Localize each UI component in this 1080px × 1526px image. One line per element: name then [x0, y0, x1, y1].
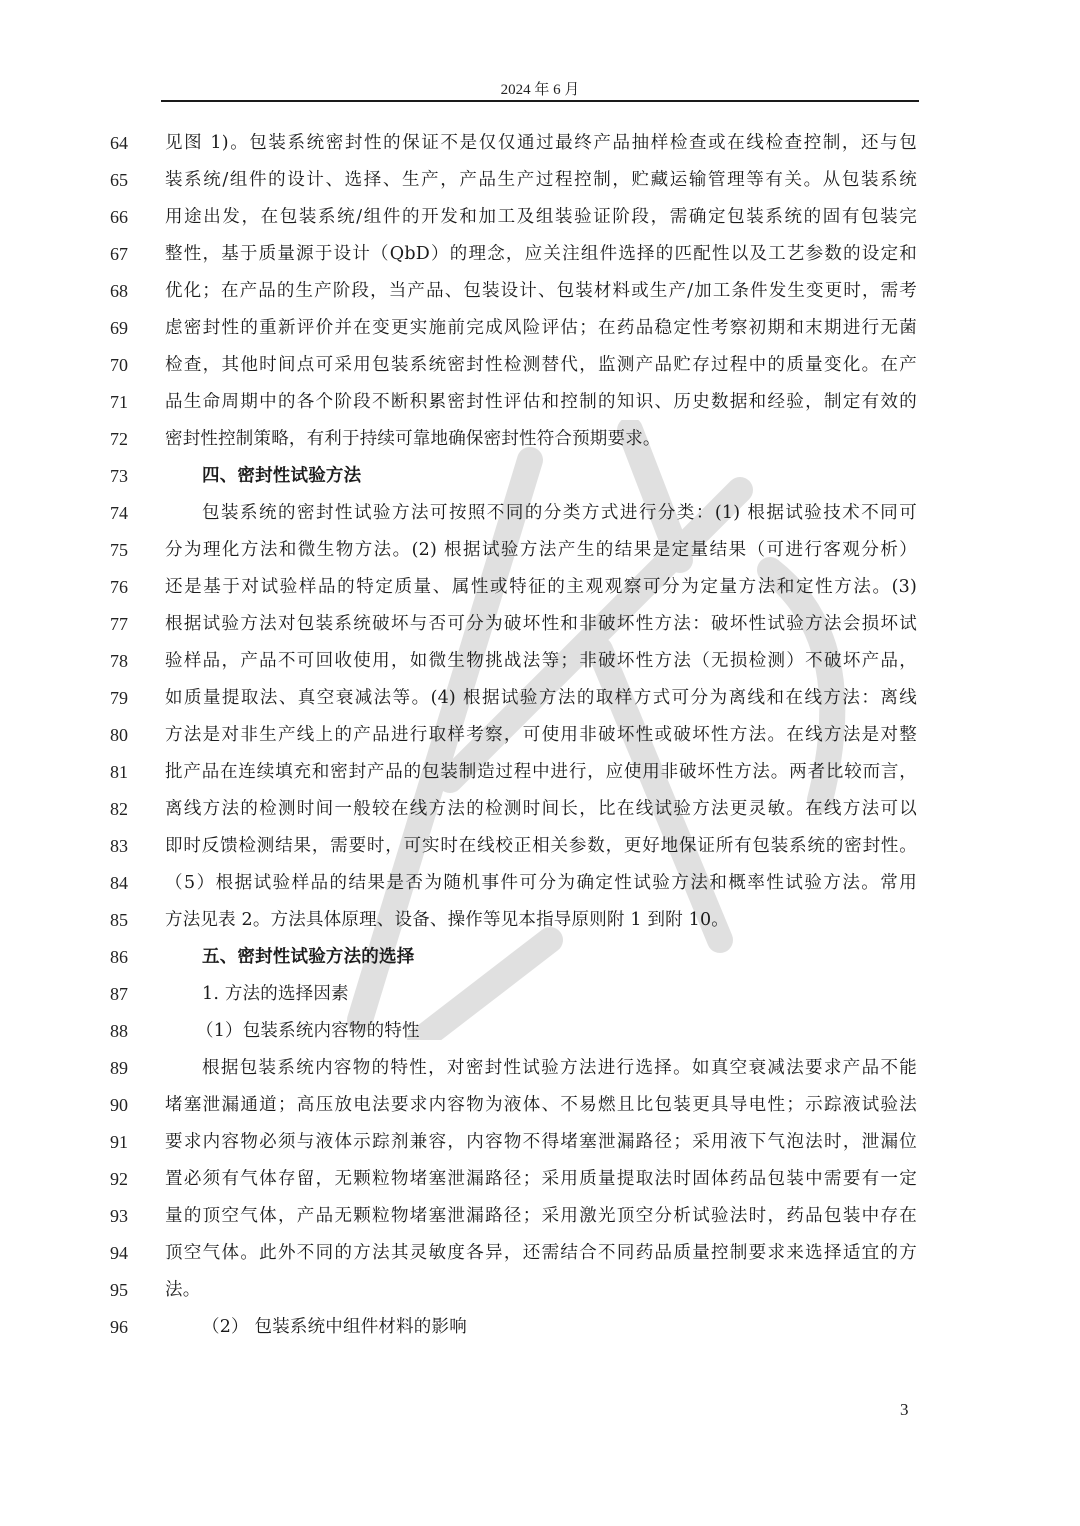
text-line: 92置必须有气体存留，无颗粒物堵塞泄漏路径；采用质量提取法时固体药品包装中需要有…: [0, 1161, 1080, 1198]
line-text: 离线方法的检测时间一般较在线方法的检测时间长，比在线试验方法更灵敏。在线方法可以: [165, 791, 917, 828]
line-text: 装系统/组件的设计、选择、生产，产品生产过程控制，贮藏运输管理等有关。从包装系统: [165, 162, 917, 199]
text-line: 74包装系统的密封性试验方法可按照不同的分类方式进行分类：(1) 根据试验技术不…: [0, 495, 1080, 532]
text-line: 66用途出发，在包装系统/组件的开发和加工及组装验证阶段，需确定包装系统的固有包…: [0, 199, 1080, 236]
line-number: 81: [110, 754, 150, 791]
text-line: 68优化；在产品的生产阶段，当产品、包装设计、包装材料或生产/加工条件发生变更时…: [0, 273, 1080, 310]
document-body: 64见图 1)。包装系统密封性的保证不是仅仅通过最终产品抽样检查或在线检查控制，…: [0, 125, 1080, 1346]
text-line: 79如质量提取法、真空衰减法等。(4) 根据试验方法的取样方式可分为离线和在线方…: [0, 680, 1080, 717]
line-number: 83: [110, 828, 150, 865]
header-divider: [161, 100, 919, 102]
text-line: 85方法见表 2。方法具体原理、设备、操作等见本指导原则附 1 到附 10。: [0, 902, 1080, 939]
line-number: 70: [110, 347, 150, 384]
line-number: 79: [110, 680, 150, 717]
text-line: 95法。: [0, 1272, 1080, 1309]
text-line: 80方法是对非生产线上的产品进行取样考察，可使用非破坏性或破坏性方法。在线方法是…: [0, 717, 1080, 754]
text-line: 75分为理化方法和微生物方法。(2) 根据试验方法产生的结果是定量结果（可进行客…: [0, 532, 1080, 569]
text-line: 90堵塞泄漏通道；高压放电法要求内容物为液体、不易燃且比包装更具导电性；示踪液试…: [0, 1087, 1080, 1124]
line-number: 90: [110, 1087, 150, 1124]
line-number: 77: [110, 606, 150, 643]
line-text: 优化；在产品的生产阶段，当产品、包装设计、包装材料或生产/加工条件发生变更时，需…: [165, 273, 917, 310]
line-text: 包装系统的密封性试验方法可按照不同的分类方式进行分类：(1) 根据试验技术不同可: [202, 495, 917, 532]
line-text: 验样品，产品不可回收使用，如微生物挑战法等；非破坏性方法（无损检测）不破坏产品，: [165, 643, 917, 680]
line-number: 80: [110, 717, 150, 754]
text-line: 82离线方法的检测时间一般较在线方法的检测时间长，比在线试验方法更灵敏。在线方法…: [0, 791, 1080, 828]
line-text: 顶空气体。此外不同的方法其灵敏度各异，还需结合不同药品质量控制要求来选择适宜的方: [165, 1235, 917, 1272]
text-line: 89根据包装系统内容物的特性，对密封性试验方法进行选择。如真空衰减法要求产品不能: [0, 1050, 1080, 1087]
subsection-heading: 88（1）包装系统内容物的特性: [0, 1013, 1080, 1050]
line-text: 法。: [165, 1272, 917, 1309]
line-number: 73: [110, 458, 150, 495]
subsection-heading: 871. 方法的选择因素: [0, 976, 1080, 1013]
line-number: 65: [110, 162, 150, 199]
text-line: 64见图 1)。包装系统密封性的保证不是仅仅通过最终产品抽样检查或在线检查控制，…: [0, 125, 1080, 162]
line-number: 95: [110, 1272, 150, 1309]
page-number: 3: [900, 1400, 909, 1420]
subsection-heading-text: （2） 包装系统中组件材料的影响: [202, 1309, 917, 1346]
text-line: 69虑密封性的重新评价并在变更实施前完成风险评估；在药品稳定性考察初期和末期进行…: [0, 310, 1080, 347]
line-number: 92: [110, 1161, 150, 1198]
text-line: 70检查，其他时间点可采用包装系统密封性检测替代，监测产品贮存过程中的质量变化。…: [0, 347, 1080, 384]
line-number: 85: [110, 902, 150, 939]
line-text: 品生命周期中的各个阶段不断积累密封性评估和控制的知识、历史数据和经验，制定有效的: [165, 384, 917, 421]
line-number: 74: [110, 495, 150, 532]
line-text: 密封性控制策略，有利于持续可靠地确保密封性符合预期要求。: [165, 421, 917, 458]
section-heading: 86五、密封性试验方法的选择: [0, 939, 1080, 976]
line-text: 置必须有气体存留，无颗粒物堵塞泄漏路径；采用质量提取法时固体药品包装中需要有一定: [165, 1161, 917, 1198]
text-line: 77根据试验方法对包装系统破坏与否可分为破坏性和非破坏性方法：破坏性试验方法会损…: [0, 606, 1080, 643]
line-number: 66: [110, 199, 150, 236]
line-number: 89: [110, 1050, 150, 1087]
line-text: 即时反馈检测结果，需要时，可实时在线校正相关参数，更好地保证所有包装系统的密封性…: [165, 828, 917, 865]
line-number: 96: [110, 1309, 150, 1346]
line-number: 69: [110, 310, 150, 347]
subsection-heading-text: 1. 方法的选择因素: [202, 976, 917, 1013]
text-line: 76还是基于对试验样品的特定质量、属性或特征的主观观察可分为定量方法和定性方法。…: [0, 569, 1080, 606]
line-text: 堵塞泄漏通道；高压放电法要求内容物为液体、不易燃且比包装更具导电性；示踪液试验法: [165, 1087, 917, 1124]
section-heading-text: 四、密封性试验方法: [202, 458, 917, 495]
line-text: 方法是对非生产线上的产品进行取样考察，可使用非破坏性或破坏性方法。在线方法是对整: [165, 717, 917, 754]
line-number: 84: [110, 865, 150, 902]
line-text: 还是基于对试验样品的特定质量、属性或特征的主观观察可分为定量方法和定性方法。(3…: [165, 569, 917, 606]
text-line: 81批产品在连续填充和密封产品的包装制造过程中进行，应使用非破坏性方法。两者比较…: [0, 754, 1080, 791]
line-text: 要求内容物必须与液体示踪剂兼容，内容物不得堵塞泄漏路径；采用液下气泡法时，泄漏位: [165, 1124, 917, 1161]
text-line: 84（5）根据试验样品的结果是否为随机事件可分为确定性试验方法和概率性试验方法。…: [0, 865, 1080, 902]
line-text: 见图 1)。包装系统密封性的保证不是仅仅通过最终产品抽样检查或在线检查控制，还与…: [165, 125, 917, 162]
line-text: 分为理化方法和微生物方法。(2) 根据试验方法产生的结果是定量结果（可进行客观分…: [165, 532, 917, 569]
section-heading-text: 五、密封性试验方法的选择: [202, 939, 917, 976]
line-text: 用途出发，在包装系统/组件的开发和加工及组装验证阶段，需确定包装系统的固有包装完: [165, 199, 917, 236]
line-number: 64: [110, 125, 150, 162]
line-number: 76: [110, 569, 150, 606]
subsection-heading-text: （1）包装系统内容物的特性: [196, 1013, 911, 1050]
line-number: 67: [110, 236, 150, 273]
line-text: 检查，其他时间点可采用包装系统密封性检测替代，监测产品贮存过程中的质量变化。在产: [165, 347, 917, 384]
line-text: 整性，基于质量源于设计（QbD）的理念，应关注组件选择的匹配性以及工艺参数的设定…: [165, 236, 917, 273]
text-line: 93量的顶空气体，产品无颗粒物堵塞泄漏路径；采用激光顶空分析试验法时，药品包装中…: [0, 1198, 1080, 1235]
line-text: 根据试验方法对包装系统破坏与否可分为破坏性和非破坏性方法：破坏性试验方法会损坏试: [165, 606, 917, 643]
text-line: 67整性，基于质量源于设计（QbD）的理念，应关注组件选择的匹配性以及工艺参数的…: [0, 236, 1080, 273]
line-text: 根据包装系统内容物的特性，对密封性试验方法进行选择。如真空衰减法要求产品不能: [202, 1050, 917, 1087]
line-number: 68: [110, 273, 150, 310]
line-text: 量的顶空气体，产品无颗粒物堵塞泄漏路径；采用激光顶空分析试验法时，药品包装中存在: [165, 1198, 917, 1235]
section-heading: 73四、密封性试验方法: [0, 458, 1080, 495]
line-text: 如质量提取法、真空衰减法等。(4) 根据试验方法的取样方式可分为离线和在线方法：…: [165, 680, 917, 717]
line-text: （5）根据试验样品的结果是否为随机事件可分为确定性试验方法和概率性试验方法。常用: [165, 865, 917, 902]
text-line: 71品生命周期中的各个阶段不断积累密封性评估和控制的知识、历史数据和经验，制定有…: [0, 384, 1080, 421]
text-line: 72密封性控制策略，有利于持续可靠地确保密封性符合预期要求。: [0, 421, 1080, 458]
text-line: 94顶空气体。此外不同的方法其灵敏度各异，还需结合不同药品质量控制要求来选择适宜…: [0, 1235, 1080, 1272]
line-number: 94: [110, 1235, 150, 1272]
line-number: 78: [110, 643, 150, 680]
header-date: 2024 年 6 月: [0, 78, 1080, 99]
line-number: 88: [110, 1013, 150, 1050]
line-text: 方法见表 2。方法具体原理、设备、操作等见本指导原则附 1 到附 10。: [165, 902, 917, 939]
line-number: 75: [110, 532, 150, 569]
line-text: 批产品在连续填充和密封产品的包装制造过程中进行，应使用非破坏性方法。两者比较而言…: [165, 754, 917, 791]
line-number: 93: [110, 1198, 150, 1235]
text-line: 91要求内容物必须与液体示踪剂兼容，内容物不得堵塞泄漏路径；采用液下气泡法时，泄…: [0, 1124, 1080, 1161]
line-number: 91: [110, 1124, 150, 1161]
line-number: 71: [110, 384, 150, 421]
line-number: 87: [110, 976, 150, 1013]
line-number: 86: [110, 939, 150, 976]
text-line: 83即时反馈检测结果，需要时，可实时在线校正相关参数，更好地保证所有包装系统的密…: [0, 828, 1080, 865]
line-text: 虑密封性的重新评价并在变更实施前完成风险评估；在药品稳定性考察初期和末期进行无菌: [165, 310, 917, 347]
line-number: 72: [110, 421, 150, 458]
text-line: 65装系统/组件的设计、选择、生产，产品生产过程控制，贮藏运输管理等有关。从包装…: [0, 162, 1080, 199]
subsection-heading: 96（2） 包装系统中组件材料的影响: [0, 1309, 1080, 1346]
line-number: 82: [110, 791, 150, 828]
text-line: 78验样品，产品不可回收使用，如微生物挑战法等；非破坏性方法（无损检测）不破坏产…: [0, 643, 1080, 680]
